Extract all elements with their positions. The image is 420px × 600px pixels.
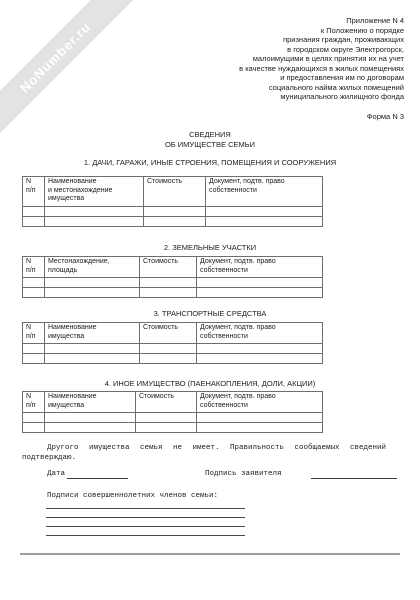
declaration-line-2: подтверждаю. [22,453,400,463]
empty-cell [45,344,140,354]
table-header-row: N п/п Наименование и местонахождение иму… [23,177,323,207]
empty-cell [45,217,144,227]
col-header-name: Наименование имущества [45,323,140,344]
empty-cell [197,278,323,288]
col-header-num: N п/п [23,323,45,344]
declaration-line-1: Другого имущества семья не имеет. Правил… [22,443,400,453]
applicant-signature-label: Подпись заявителя [205,470,282,478]
empty-cell [45,423,136,433]
empty-cell [45,288,140,298]
col-header-cost: Стоимость [140,323,197,344]
col-header-num: N п/п [23,177,45,207]
empty-cell [45,278,140,288]
page-bottom-divider [20,553,400,555]
empty-cell [45,354,140,364]
col-header-document: Документ, подтв. право собственности [197,257,323,278]
empty-cell [197,354,323,364]
property-table-structures: N п/п Наименование и местонахождение иму… [22,176,323,227]
empty-cell [136,413,197,423]
col-header-location: Местонахождение, площадь [45,257,140,278]
section-heading-2: 2. ЗЕМЕЛЬНЫЕ УЧАСТКИ [0,243,420,252]
table-header-row: N п/п Местонахождение, площадь Стоимость… [23,257,323,278]
empty-cell [197,344,323,354]
col-header-cost: Стоимость [140,257,197,278]
empty-cell [144,217,206,227]
empty-cell [23,278,45,288]
table-row [23,288,323,298]
empty-cell [23,207,45,217]
empty-cell [197,423,323,433]
col-header-num: N п/п [23,392,45,413]
appendix-header: Приложение N 4 к Положению о порядке при… [239,16,404,102]
section-heading-3: 3. ТРАНСПОРТНЫЕ СРЕДСТВА [0,309,420,318]
empty-cell [140,354,197,364]
col-header-num: N п/п [23,257,45,278]
empty-cell [23,288,45,298]
col-header-name: Наименование имущества [45,392,136,413]
empty-cell [206,207,323,217]
family-signature-line [46,510,245,518]
empty-cell [23,354,45,364]
document-page: NoNumber.ru Приложение N 4 к Положению о… [0,0,420,600]
table-row [23,278,323,288]
declaration-paragraph: Другого имущества семья не имеет. Правил… [22,443,400,463]
table-row [23,207,323,217]
family-signature-line [46,501,245,509]
col-header-document: Документ, подтв. право собственности [197,392,323,413]
family-signature-line [46,528,245,536]
family-signatures-label: Подписи совершеннолетних членов семьи: [47,492,218,500]
date-signature-row: Дата Подпись заявителя [0,470,420,482]
table-row [23,354,323,364]
table-row [23,217,323,227]
document-title: СВЕДЕНИЯ ОБ ИМУЩЕСТВЕ СЕМЬИ [0,130,420,150]
empty-cell [140,344,197,354]
col-header-name: Наименование и местонахождение имущества [45,177,144,207]
date-fill-line [67,470,128,479]
empty-cell [140,278,197,288]
empty-cell [23,344,45,354]
empty-cell [45,413,136,423]
property-table-land: N п/п Местонахождение, площадь Стоимость… [22,256,323,298]
section-heading-1: 1. ДАЧИ, ГАРАЖИ, ИНЫЕ СТРОЕНИЯ, ПОМЕЩЕНИ… [0,158,420,167]
col-header-cost: Стоимость [144,177,206,207]
empty-cell [140,288,197,298]
empty-cell [45,207,144,217]
col-header-document: Документ, подтв. право собственности [206,177,323,207]
empty-cell [136,423,197,433]
applicant-signature-fill-line [311,470,397,479]
section-heading-4: 4. ИНОЕ ИМУЩЕСТВО (ПАЕНАКОПЛЕНИЯ, ДОЛИ, … [0,379,420,388]
family-signature-line [46,519,245,527]
empty-cell [206,217,323,227]
table-header-row: N п/п Наименование имущества Стоимость Д… [23,323,323,344]
empty-cell [197,288,323,298]
empty-cell [23,217,45,227]
col-header-cost: Стоимость [136,392,197,413]
empty-cell [144,207,206,217]
property-table-vehicles: N п/п Наименование имущества Стоимость Д… [22,322,323,364]
col-header-document: Документ, подтв. право собственности [197,323,323,344]
watermark-text: NoNumber.ru [17,19,94,96]
empty-cell [23,413,45,423]
table-row [23,413,323,423]
table-row [23,344,323,354]
table-row [23,423,323,433]
date-label: Дата [47,470,65,478]
watermark-ribbon: NoNumber.ru [0,0,136,138]
property-table-other: N п/п Наименование имущества Стоимость Д… [22,391,323,433]
empty-cell [23,423,45,433]
empty-cell [197,413,323,423]
table-header-row: N п/п Наименование имущества Стоимость Д… [23,392,323,413]
form-number-label: Форма N 3 [367,112,404,121]
